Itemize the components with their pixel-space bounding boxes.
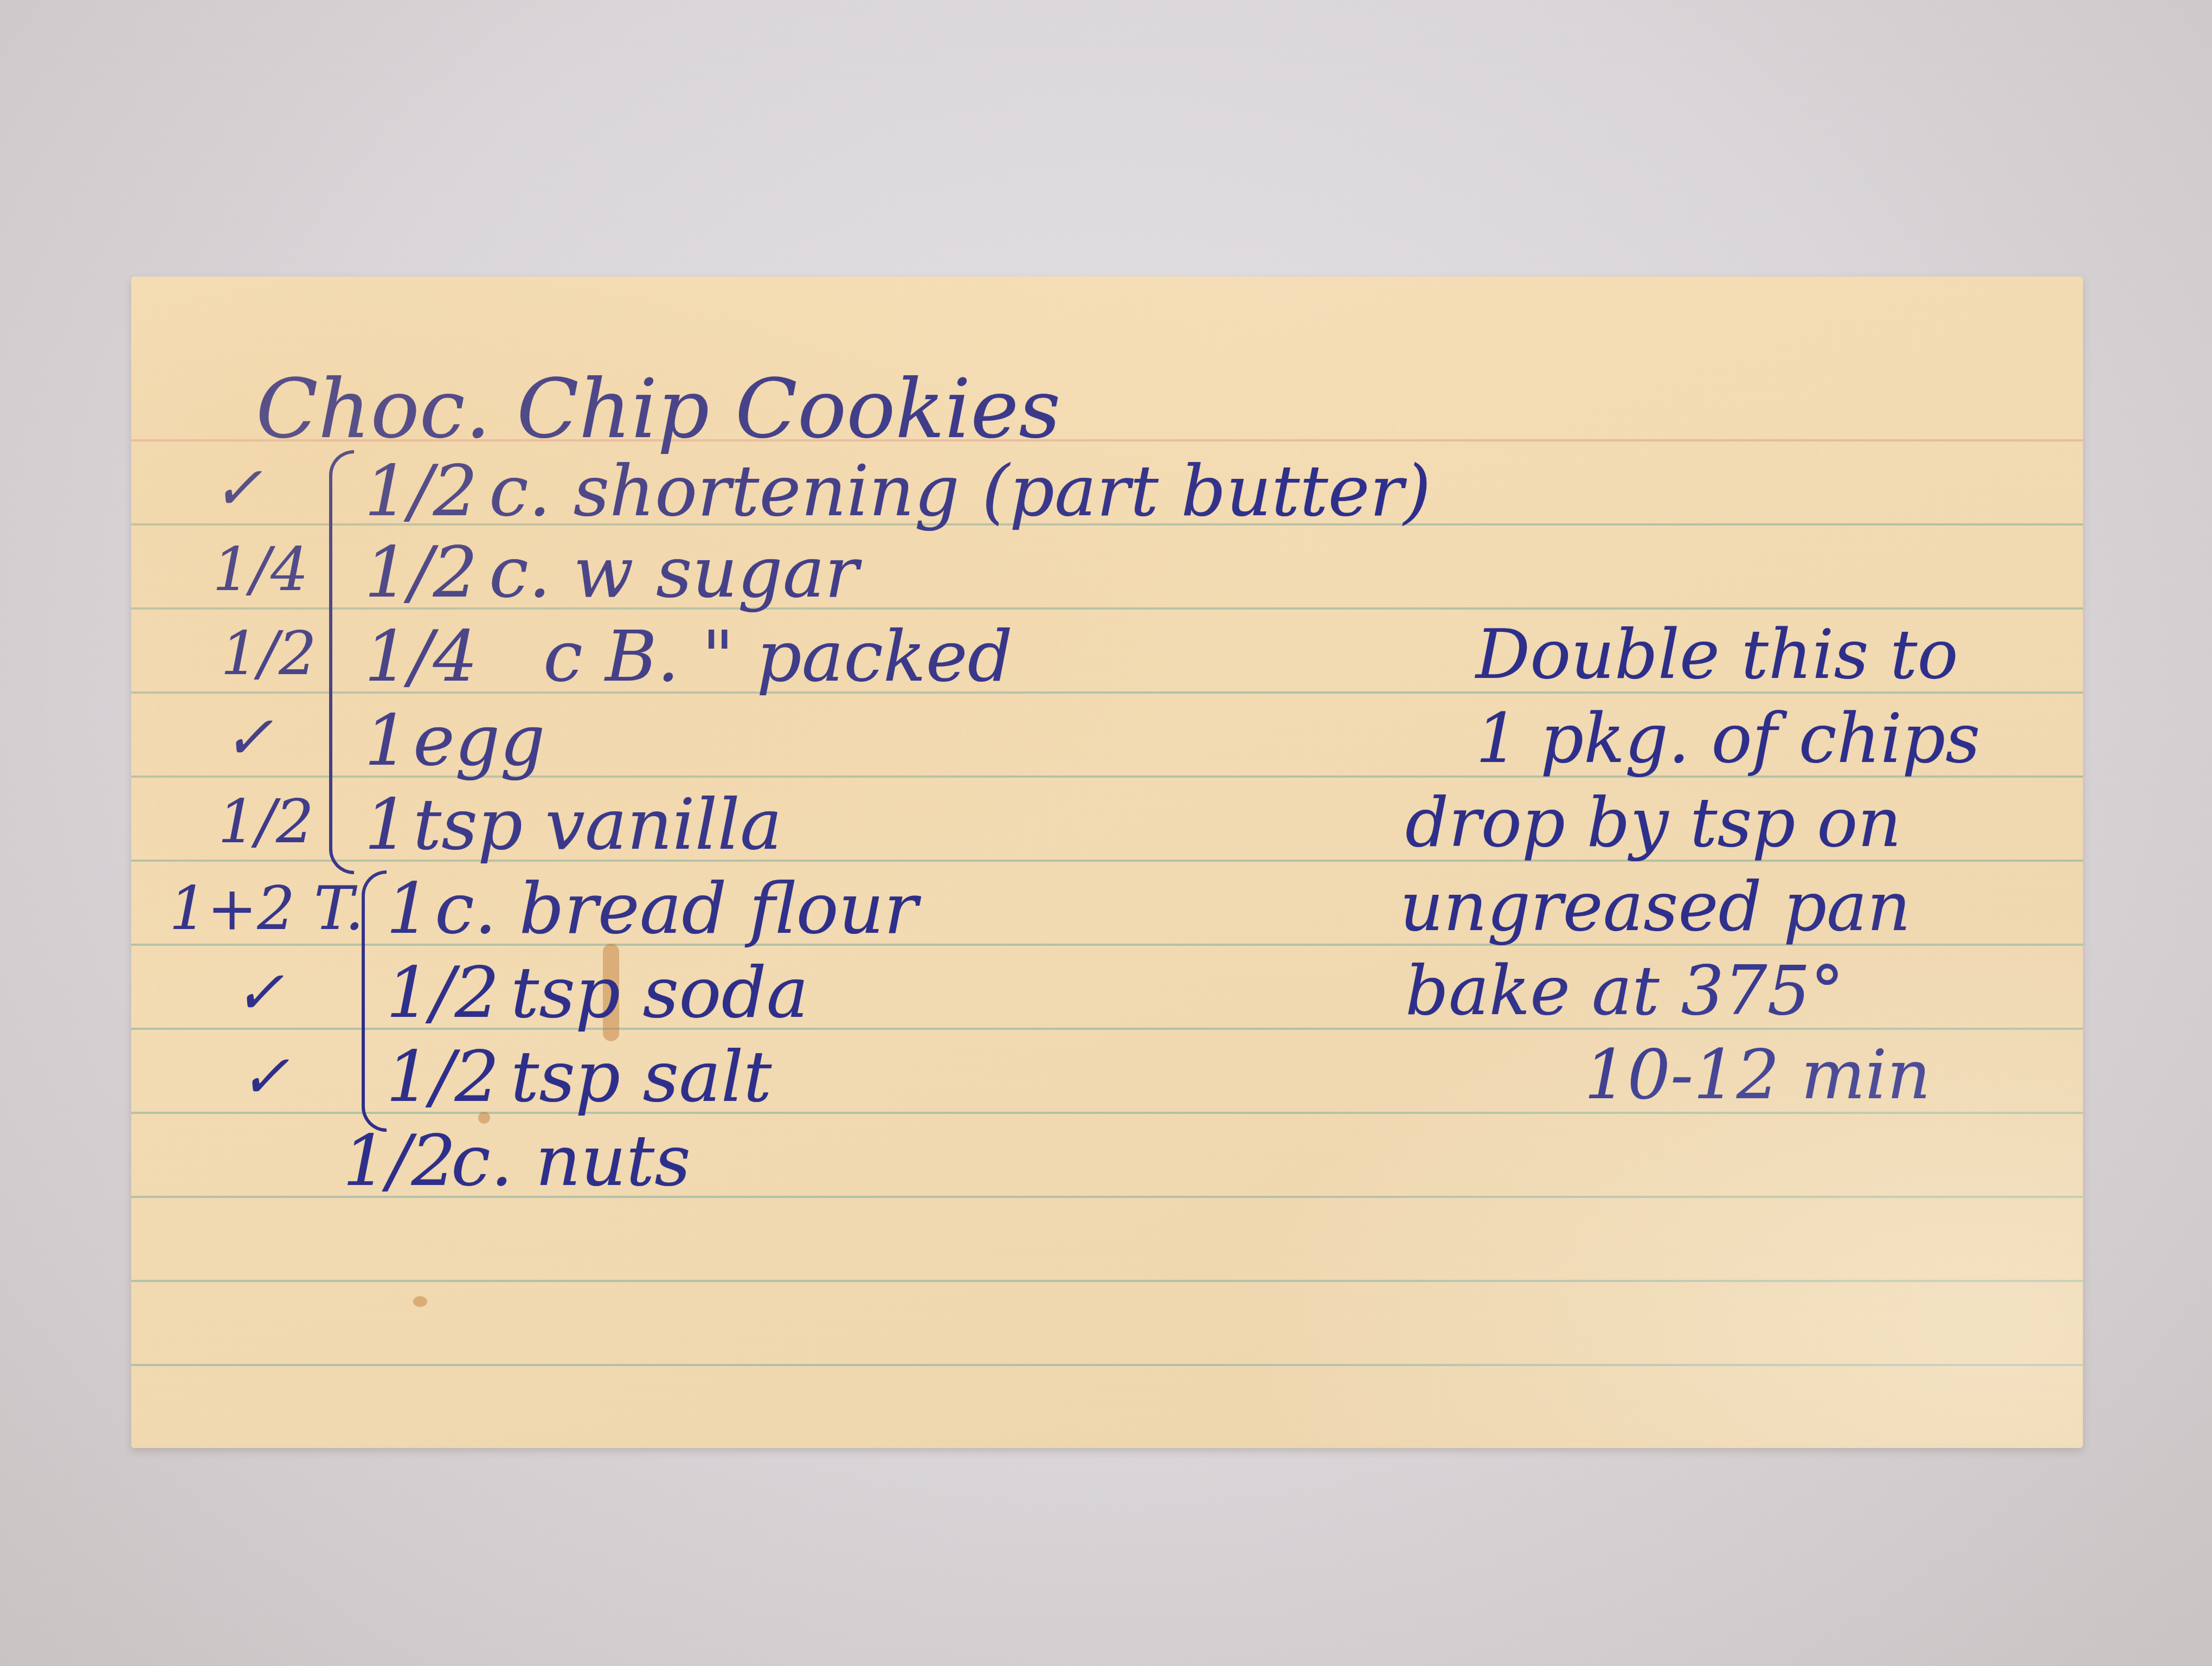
ingredient-qty: 1/2 bbox=[386, 1041, 499, 1112]
baking-note: ungreased pan bbox=[1400, 873, 1911, 941]
stain bbox=[413, 1296, 427, 1307]
ingredient-qty: 1 bbox=[364, 705, 409, 776]
ingredient-text: tsp soda bbox=[511, 957, 808, 1028]
margin-note: 1/2 bbox=[218, 792, 314, 851]
ingredient-qty: 1/2 bbox=[343, 1125, 456, 1196]
ingredient-text: c. nuts bbox=[451, 1125, 691, 1196]
ingredient-qty: 1/2 bbox=[364, 456, 478, 526]
ingredient-qty: 1/2 bbox=[386, 957, 499, 1028]
ingredient-text: c. bread flour bbox=[435, 873, 918, 944]
recipe-card: Choc. Chip Cookies ✓ 1/4 1/2 ✓ 1/2 1+2 T… bbox=[131, 277, 2083, 1448]
baking-note: 10-12 min bbox=[1584, 1041, 1931, 1109]
dry-ingredients-brace bbox=[362, 870, 387, 1132]
ingredient-qty: 1/4 bbox=[364, 621, 478, 691]
margin-note: ✓ bbox=[240, 1047, 290, 1106]
baking-note: 1 pkg. of chips bbox=[1476, 705, 1980, 773]
baking-note: bake at 375° bbox=[1405, 957, 1844, 1025]
wet-ingredients-brace bbox=[329, 450, 354, 874]
margin-note: 1+2 T. bbox=[169, 879, 364, 938]
ingredient-text: c B. " packed bbox=[543, 621, 1013, 691]
recipe-title: Choc. Chip Cookies bbox=[256, 369, 1060, 450]
baking-note: Double this to bbox=[1476, 621, 1958, 689]
ingredient-qty: 1 bbox=[386, 873, 431, 944]
ruled-line bbox=[131, 1364, 2083, 1366]
ingredient-text: tsp salt bbox=[511, 1041, 772, 1112]
margin-note: 1/4 bbox=[213, 540, 308, 599]
ingredient-text: c. w sugar bbox=[489, 537, 858, 607]
baking-note: drop by tsp on bbox=[1405, 789, 1901, 857]
margin-note: ✓ bbox=[234, 963, 284, 1022]
ingredient-text: egg bbox=[413, 705, 545, 776]
margin-note: 1/2 bbox=[221, 624, 317, 683]
ingredient-text: c. shortening (part butter) bbox=[489, 456, 1431, 526]
ingredient-text: tsp vanilla bbox=[413, 789, 782, 860]
ruled-line bbox=[131, 1280, 2083, 1282]
ingredient-qty: 1/2 bbox=[364, 537, 478, 607]
margin-note: ✓ bbox=[213, 458, 262, 518]
margin-note: ✓ bbox=[223, 708, 273, 767]
ingredient-qty: 1 bbox=[364, 789, 409, 860]
